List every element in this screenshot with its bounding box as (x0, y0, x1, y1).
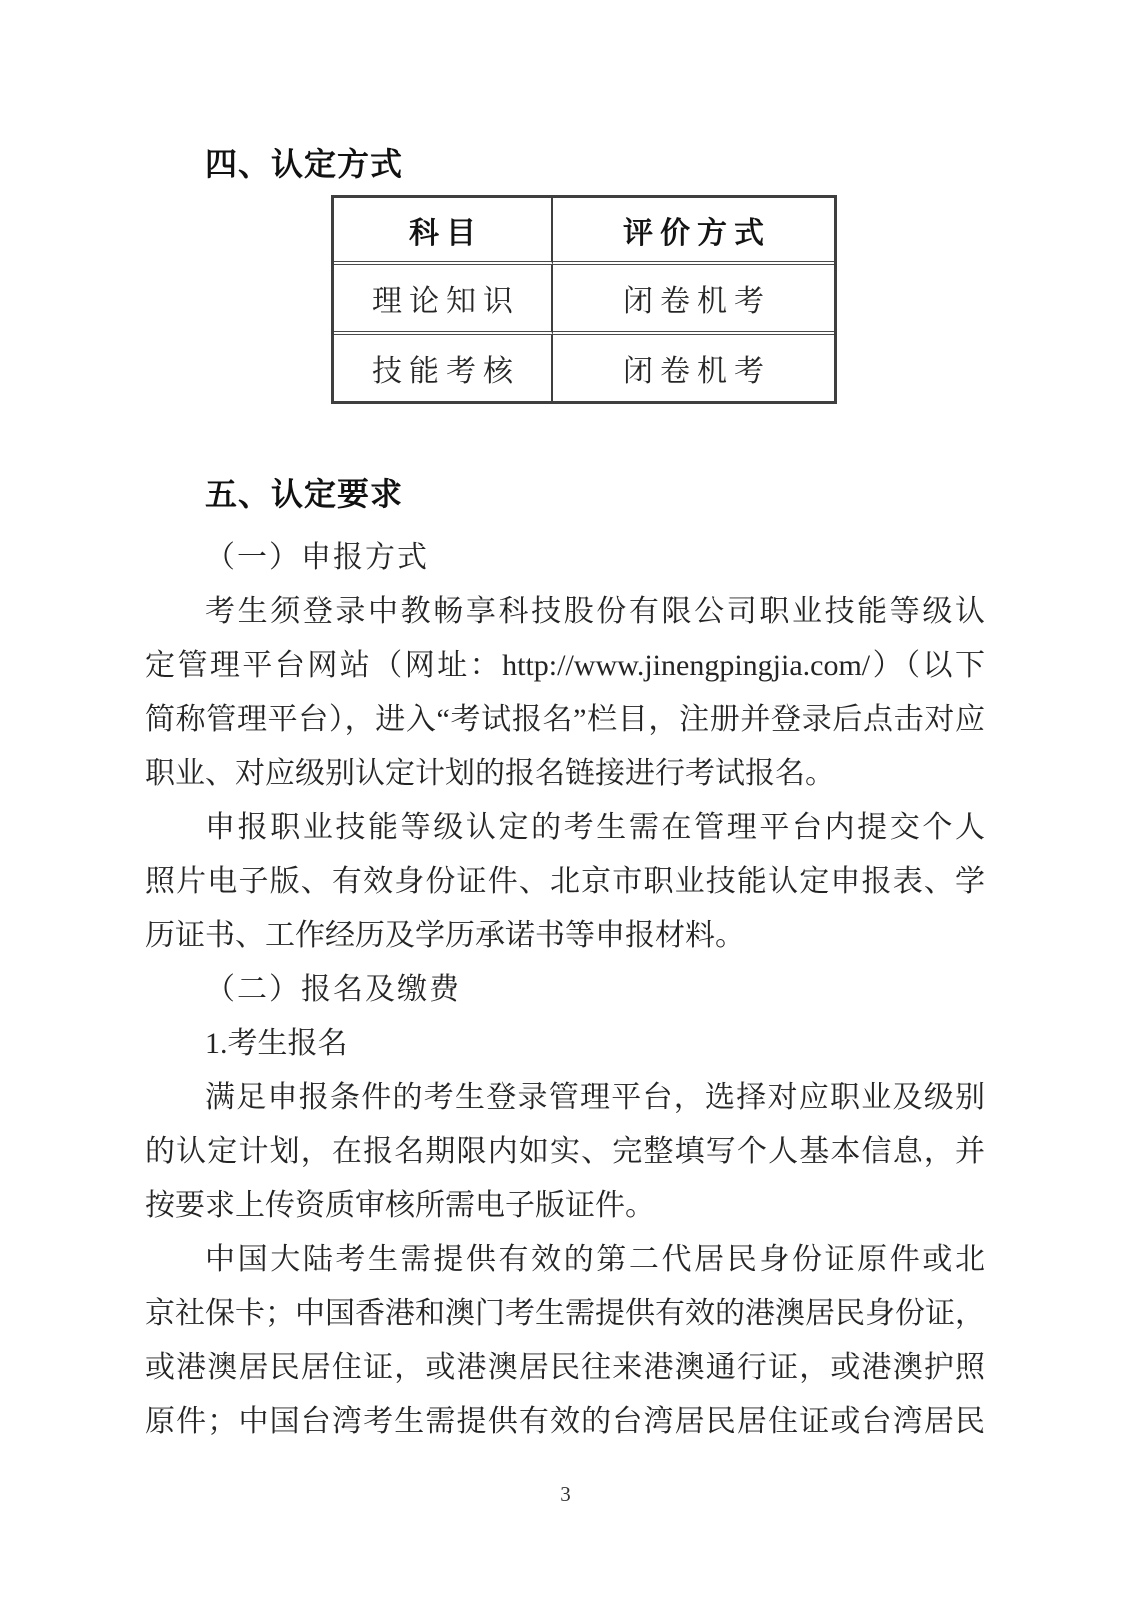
table-header-subject: 科目 (334, 198, 553, 265)
subsection-1-heading: （一）申报方式 (145, 531, 985, 585)
table-header-evaluation-method: 评价方式 (553, 198, 834, 265)
body-text-block: （一）申报方式 考生须登录中教畅享科技股份有限公司职业技能等级认 定管理平台网站… (145, 531, 985, 1449)
body-line: 申报职业技能等级认定的考生需在管理平台内提交个人 (145, 801, 985, 855)
body-line: 满足申报条件的考生登录管理平台，选择对应职业及级别 (145, 1071, 985, 1125)
table-cell-subject: 理论知识 (334, 265, 553, 335)
table-cell-subject: 技能考核 (334, 335, 553, 401)
body-line: 京社保卡；中国香港和澳门考生需提供有效的港澳居民身份证， (145, 1287, 985, 1341)
list-item-1-heading: 1.考生报名 (145, 1017, 985, 1071)
body-line: 历证书、工作经历及学历承诺书等申报材料。 (145, 909, 985, 963)
table-cell-method: 闭卷机考 (553, 265, 834, 335)
document-page: 四、认定方式 科目 评价方式 理论知识 闭卷机考 技能考核 闭卷机考 五、认定要… (0, 0, 1131, 1600)
body-line: 照片电子版、有效身份证件、北京市职业技能认定申报表、学 (145, 855, 985, 909)
evaluation-method-table: 科目 评价方式 理论知识 闭卷机考 技能考核 闭卷机考 (331, 195, 837, 404)
page-number: 3 (0, 1482, 1131, 1507)
body-line: 中国大陆考生需提供有效的第二代居民身份证原件或北 (145, 1233, 985, 1287)
body-line: 的认定计划，在报名期限内如实、完整填写个人基本信息，并 (145, 1125, 985, 1179)
body-line: 简称管理平台），进入“考试报名”栏目，注册并登录后点击对应 (145, 693, 985, 747)
body-line: 按要求上传资质审核所需电子版证件。 (145, 1179, 985, 1233)
section-5-heading: 五、认定要求 (205, 476, 403, 512)
body-line: 或港澳居民居住证，或港澳居民往来港澳通行证，或港澳护照 (145, 1341, 985, 1395)
body-line: 原件；中国台湾考生需提供有效的台湾居民居住证或台湾居民 (145, 1395, 985, 1449)
section-4-heading: 四、认定方式 (205, 146, 403, 182)
body-line-with-url: 定管理平台网站（网址：http://www.jinengpingjia.com/… (145, 639, 985, 693)
table-cell-method: 闭卷机考 (553, 335, 834, 401)
body-line: 职业、对应级别认定计划的报名链接进行考试报名。 (145, 747, 985, 801)
subsection-2-heading: （二）报名及缴费 (145, 963, 985, 1017)
body-line: 考生须登录中教畅享科技股份有限公司职业技能等级认 (145, 585, 985, 639)
